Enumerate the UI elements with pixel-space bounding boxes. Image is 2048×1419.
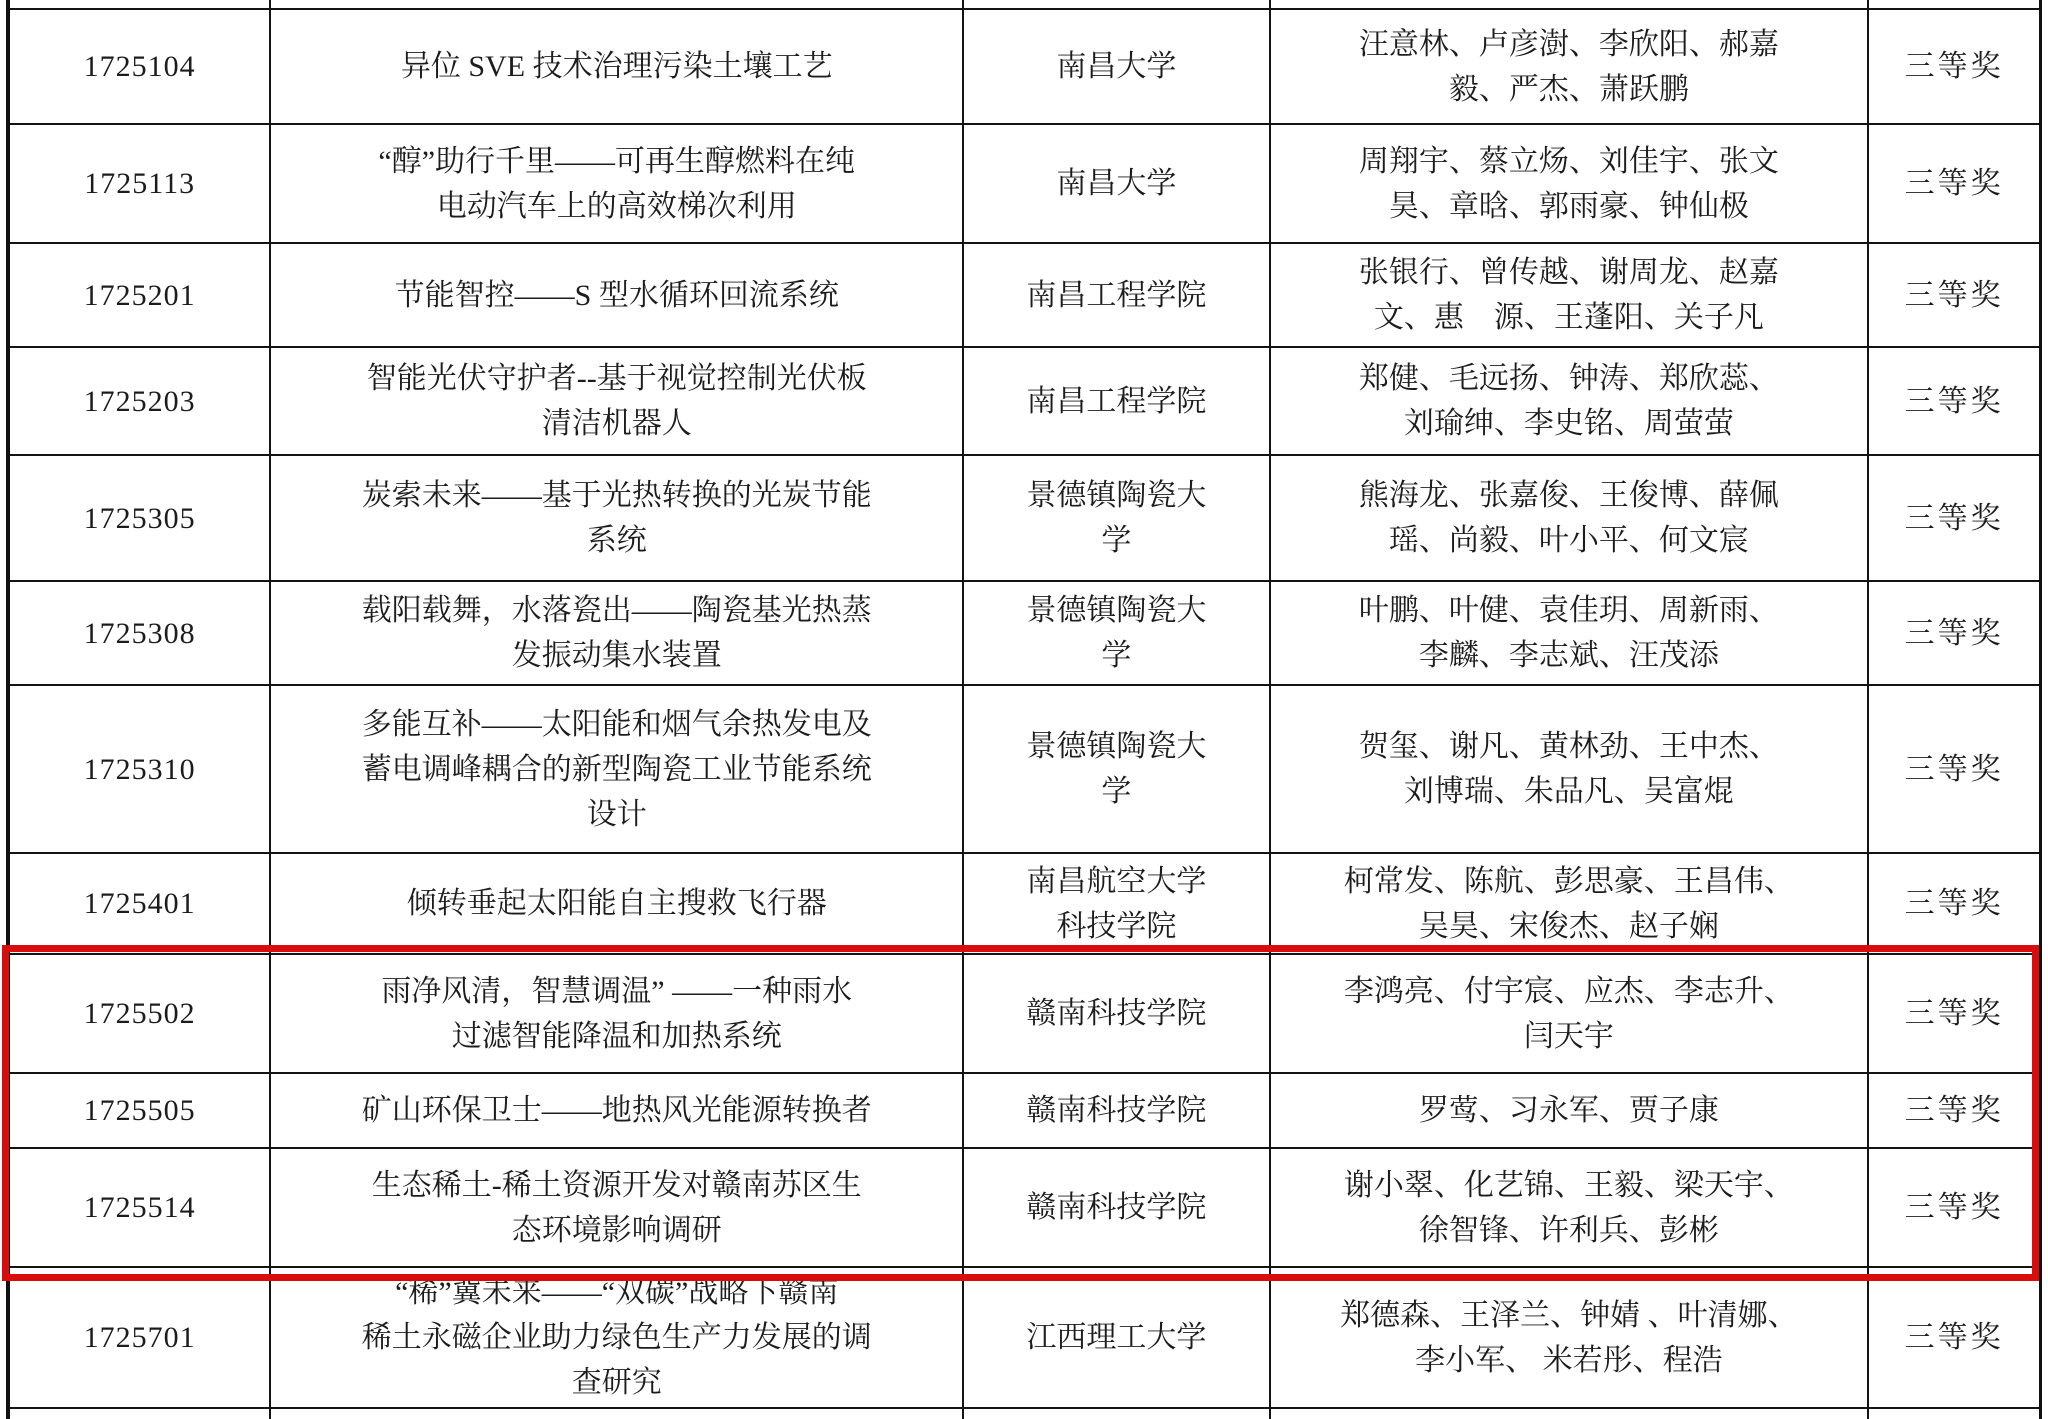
members-cell: 贺玺、谢凡、黄林劲、王中杰、 刘博瑞、朱品凡、吴富焜	[1270, 685, 1869, 853]
empty-cell	[963, 1408, 1269, 1419]
title-cell: “醇”助行千里——可再生醇燃料在纯 电动汽车上的高效梯次利用	[270, 124, 963, 243]
id-cell: 1725104	[8, 9, 270, 124]
university-cell: 南昌工程学院	[963, 243, 1269, 347]
members-cell: 周翔宇、蔡立炀、刘佳宇、张文 昊、章晗、郭雨豪、钟仙极	[1270, 124, 1869, 243]
members-cell: 柯常发、陈航、彭思豪、王昌伟、 吴昊、宋俊杰、赵子娴	[1270, 853, 1869, 954]
empty-cell	[1868, 1408, 2040, 1419]
members-cell: 汪意林、卢彦澍、李欣阳、郝嘉 毅、严杰、萧跃鹏	[1270, 9, 1869, 124]
award-cell: 三等奖	[1868, 124, 2040, 243]
university-cell: 南昌工程学院	[963, 347, 1269, 455]
id-cell: 1725308	[8, 581, 270, 685]
award-cell: 三等奖	[1868, 347, 2040, 455]
partial-row-top	[8, 0, 2041, 9]
empty-cell	[1868, 0, 2040, 9]
title-cell: 多能互补——太阳能和烟气余热发电及 蓄电调峰耦合的新型陶瓷工业节能系统 设计	[270, 685, 963, 853]
award-cell: 三等奖	[1868, 455, 2040, 581]
id-cell: 1725310	[8, 685, 270, 853]
table-row: 1725104 异位 SVE 技术治理污染土壤工艺 南昌大学 汪意林、卢彦澍、李…	[8, 9, 2041, 124]
empty-cell	[1270, 1408, 1869, 1419]
award-cell: 三等奖	[1868, 685, 2040, 853]
table-row: 1725701 “稀”冀未来——“双碳”战略下赣南 稀土永磁企业助力绿色生产力发…	[8, 1267, 2041, 1408]
university-cell: 南昌大学	[963, 9, 1269, 124]
id-cell: 1725203	[8, 347, 270, 455]
university-cell: 景德镇陶瓷大 学	[963, 455, 1269, 581]
table-row: 1725113 “醇”助行千里——可再生醇燃料在纯 电动汽车上的高效梯次利用 南…	[8, 124, 2041, 243]
award-cell: 三等奖	[1868, 9, 2040, 124]
empty-cell	[8, 0, 270, 9]
document-page: 1725104 异位 SVE 技术治理污染土壤工艺 南昌大学 汪意林、卢彦澍、李…	[0, 0, 2048, 1419]
members-cell: 熊海龙、张嘉俊、王俊博、薛佩 瑶、尚毅、叶小平、何文宸	[1270, 455, 1869, 581]
table-row: 1725201 节能智控——S 型水循环回流系统 南昌工程学院 张银行、曾传越、…	[8, 243, 2041, 347]
title-cell: 智能光伏守护者--基于视觉控制光伏板 清洁机器人	[270, 347, 963, 455]
id-cell: 1725401	[8, 853, 270, 954]
table-row: 1725401 倾转垂起太阳能自主搜救飞行器 南昌航空大学 科技学院 柯常发、陈…	[8, 853, 2041, 954]
partial-row-bottom	[8, 1408, 2041, 1419]
title-cell: 炭索未来——基于光热转换的光炭节能 系统	[270, 455, 963, 581]
university-cell: 江西理工大学	[963, 1267, 1269, 1408]
title-cell: 倾转垂起太阳能自主搜救飞行器	[270, 853, 963, 954]
table-row: 1725305 炭索未来——基于光热转换的光炭节能 系统 景德镇陶瓷大 学 熊海…	[8, 455, 2041, 581]
empty-cell	[963, 0, 1269, 9]
award-cell: 三等奖	[1868, 243, 2040, 347]
members-cell: 郑健、毛远扬、钟涛、郑欣蕊、 刘瑜绅、李史铭、周萤萤	[1270, 347, 1869, 455]
award-cell: 三等奖	[1868, 581, 2040, 685]
table-row: 1725308 载阳载舞，水落瓷出——陶瓷基光热蒸 发振动集水装置 景德镇陶瓷大…	[8, 581, 2041, 685]
id-cell: 1725701	[8, 1267, 270, 1408]
id-cell: 1725305	[8, 455, 270, 581]
title-cell: 载阳载舞，水落瓷出——陶瓷基光热蒸 发振动集水装置	[270, 581, 963, 685]
title-cell: “稀”冀未来——“双碳”战略下赣南 稀土永磁企业助力绿色生产力发展的调 查研究	[270, 1267, 963, 1408]
award-cell: 三等奖	[1868, 853, 2040, 954]
university-cell: 南昌航空大学 科技学院	[963, 853, 1269, 954]
members-cell: 郑德森、王泽兰、钟婧 、叶清娜、 李小军、 米若彤、程浩	[1270, 1267, 1869, 1408]
members-cell: 叶鹏、叶健、袁佳玥、周新雨、 李麟、李志斌、汪茂添	[1270, 581, 1869, 685]
university-cell: 南昌大学	[963, 124, 1269, 243]
id-cell: 1725113	[8, 124, 270, 243]
award-cell: 三等奖	[1868, 1267, 2040, 1408]
title-cell: 异位 SVE 技术治理污染土壤工艺	[270, 9, 963, 124]
title-cell: 节能智控——S 型水循环回流系统	[270, 243, 963, 347]
university-cell: 景德镇陶瓷大 学	[963, 685, 1269, 853]
table-row: 1725203 智能光伏守护者--基于视觉控制光伏板 清洁机器人 南昌工程学院 …	[8, 347, 2041, 455]
empty-cell	[1270, 0, 1869, 9]
id-cell: 1725201	[8, 243, 270, 347]
table-row: 1725310 多能互补——太阳能和烟气余热发电及 蓄电调峰耦合的新型陶瓷工业节…	[8, 685, 2041, 853]
empty-cell	[270, 1408, 963, 1419]
empty-cell	[270, 0, 963, 9]
empty-cell	[8, 1408, 270, 1419]
members-cell: 张银行、曾传越、谢周龙、赵嘉 文、惠 源、王蓬阳、关子凡	[1270, 243, 1869, 347]
red-highlight-rectangle	[2, 945, 2039, 1281]
university-cell: 景德镇陶瓷大 学	[963, 581, 1269, 685]
